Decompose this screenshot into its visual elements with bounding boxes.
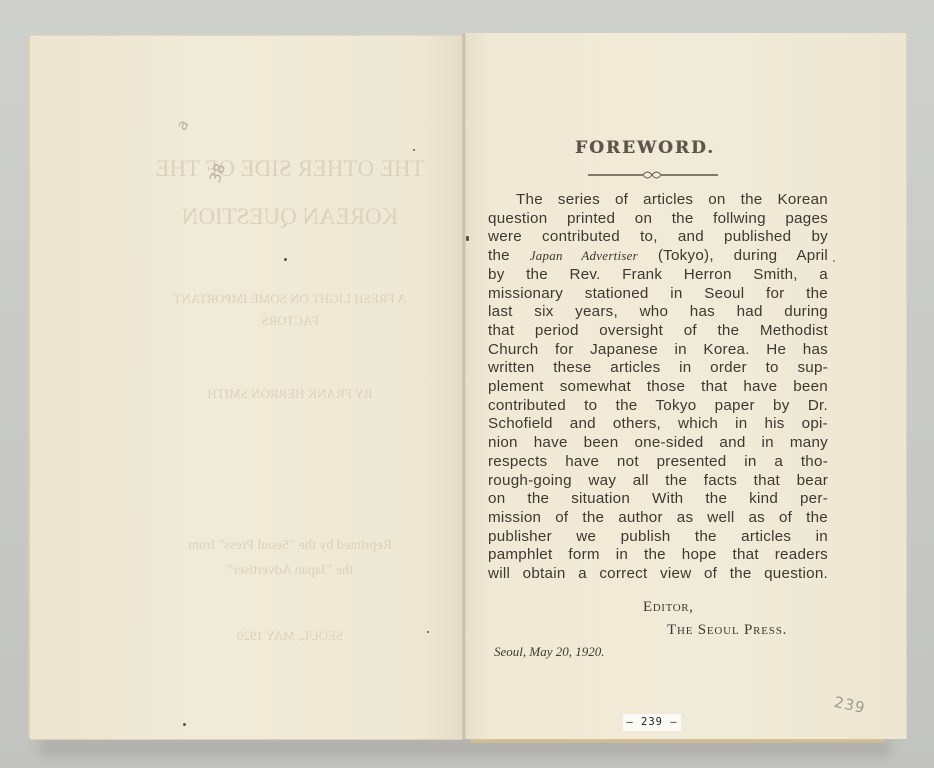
bleed-reprint-line-1: Reprinted by the "Seoul Press" from [130,538,450,554]
body-line: nion have been one-sided and in many [488,434,828,453]
body-line: that period oversight of the Methodist [488,322,828,341]
body-text-fragment: (Tokyo), during April [638,247,828,264]
signature-publication: The Seoul Press. [667,622,787,639]
body-line: respects have not presented in a tho- [488,453,828,472]
paper-spot [284,258,287,261]
body-line: pamphlet form in the hope that readers [488,546,828,565]
body-line: mission of the author as well as of the [488,509,828,528]
foreword-heading: FOREWORD. [575,138,745,158]
body-line: Church for Japanese in Korea. He has [488,341,828,360]
bleed-reprint-line-2: the "Japan Advertiser" [140,563,440,579]
body-line: were contributed to, and published by [488,228,828,247]
pencil-mark-a: a [173,117,193,134]
bleed-subtitle-line-2: FACTORS [140,313,440,329]
page-number-label: – 239 – [623,714,681,731]
body-line: rough-going way all the facts that bear [488,472,828,491]
foreword-body: The series of articles on the Korean que… [488,191,828,584]
publication-name-italic: Japan Advertiser [530,248,638,263]
body-line: missionary stationed in Seoul for the [488,285,828,304]
bleed-subtitle-line-1: A FRESH LIGHT ON SOME IMPORTANT [125,291,455,307]
bleed-title-line-1: THE OTHER SIDE OF THE [140,156,440,182]
signature-editor: Editor, [643,599,694,616]
body-line: contributed to the Tokyo paper by Dr. [488,397,828,416]
bleed-byline: BY FRANK HERRON SMITH [140,386,440,402]
paper-spot [427,631,429,633]
paper-spot [833,260,835,262]
bleed-title-line-2: KOREAN QUESTION [140,204,440,230]
bleed-imprint: SEOUL, MAY 1920 [140,628,440,644]
body-line: The series of articles on the Korean [488,191,828,210]
body-line: by the Rev. Frank Herron Smith, a [488,266,828,285]
body-line-with-italic: the Japan Advertiser (Tokyo), during Apr… [488,247,828,266]
body-line: will obtain a correct view of the questi… [488,565,828,584]
book-spine [462,33,466,739]
body-line: on the situation With the kind per- [488,490,828,509]
left-page: THE OTHER SIDE OF THE KOREAN QUESTION A … [30,35,462,739]
paper-spot [183,723,186,726]
body-text-fragment: the [488,247,530,264]
paper-spot [466,236,469,241]
body-line: publisher we publish the articles in [488,528,828,547]
body-line: plement somewhat those that have been [488,378,828,397]
heading-ornament-rule [588,170,718,180]
paper-spot [413,149,415,151]
dateline: Seoul, May 20, 1920. [494,644,604,660]
body-line: written these articles in order to sup- [488,359,828,378]
body-line: last six years, who has had during [488,303,828,322]
body-line: question printed on the follwing pages [488,210,828,229]
body-line: Schofield and others, which in his opi- [488,415,828,434]
